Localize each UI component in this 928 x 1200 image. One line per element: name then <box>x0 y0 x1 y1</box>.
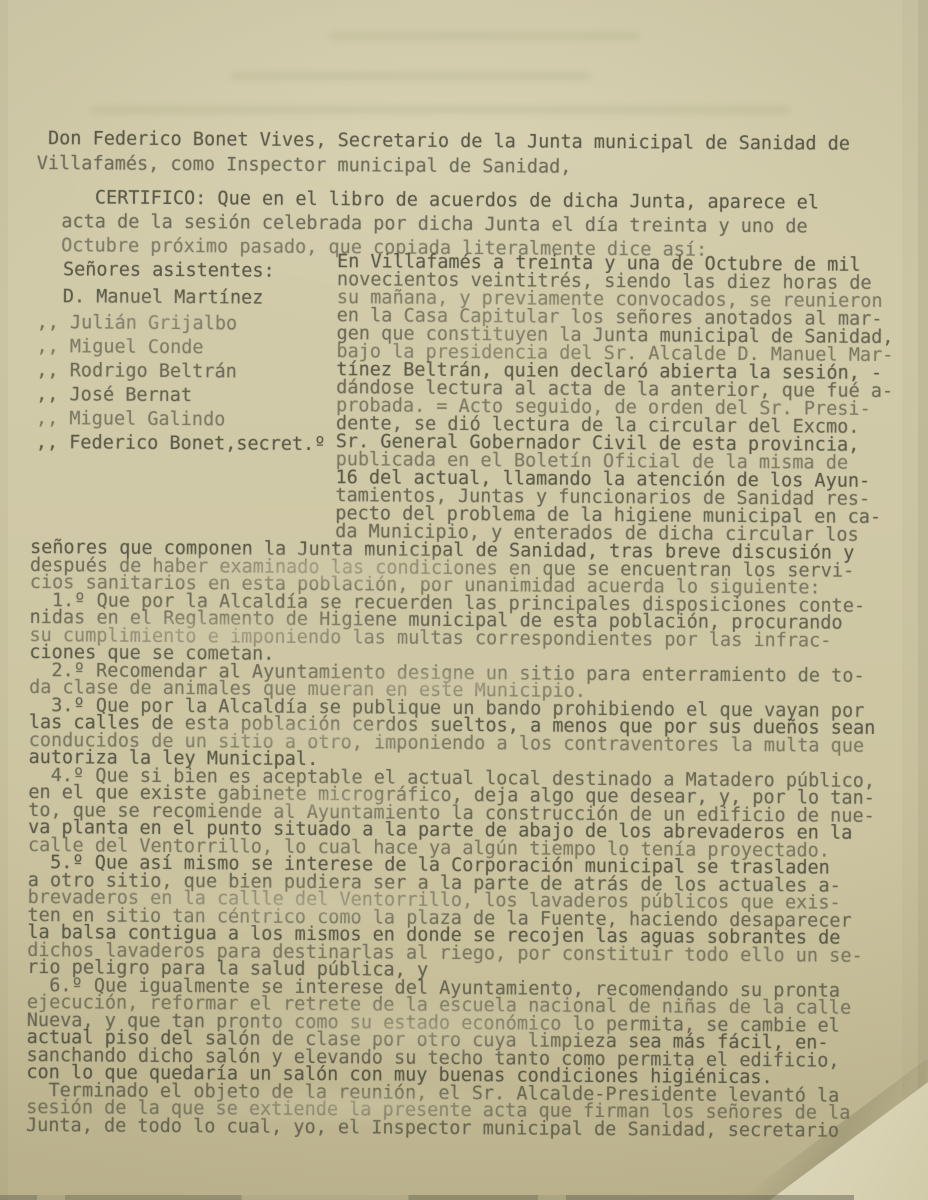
next-page-edge <box>0 1195 928 1200</box>
attendee-name: ,, Rodrigo Beltrán <box>36 359 326 385</box>
attendee-name: D. Manuel Martínez <box>63 285 327 311</box>
attendees-heading: Señores asistentes: <box>63 258 327 284</box>
ink-bleed-through-mark <box>330 32 640 40</box>
document-header: Don Federico Bonet Vives, Secretario de … <box>37 126 850 182</box>
minutes-body: señores que componen la Junta municipal … <box>26 539 877 1140</box>
text-line: Junta, de todo lo cual, yo, el Inspector… <box>26 1116 873 1139</box>
ink-bleed-through-mark <box>90 106 790 114</box>
attendee-name: ,, José Bernat <box>36 383 326 409</box>
attendee-name: ,, Miguel Galindo <box>36 407 326 433</box>
attendee-name: ,, Federico Bonet,secret.º <box>36 431 326 457</box>
attendees-list: Señores asistentes: D. Manuel Martínez,,… <box>36 258 327 457</box>
minutes-right-column: En Villafamés a treinta y una de Octubre… <box>335 253 894 545</box>
attendee-name: ,, Julián Grijalbo <box>37 311 327 337</box>
text-line: Villafamés, como Inspector municipal de … <box>37 151 850 182</box>
ink-bleed-through-mark <box>230 72 590 80</box>
typewritten-text-layer: Don Federico Bonet Vives, Secretario de … <box>0 0 928 1200</box>
attendee-name: ,, Miguel Conde <box>36 335 326 361</box>
attendees-names: D. Manuel Martínez,, Julián Grijalbo,, M… <box>36 285 327 457</box>
